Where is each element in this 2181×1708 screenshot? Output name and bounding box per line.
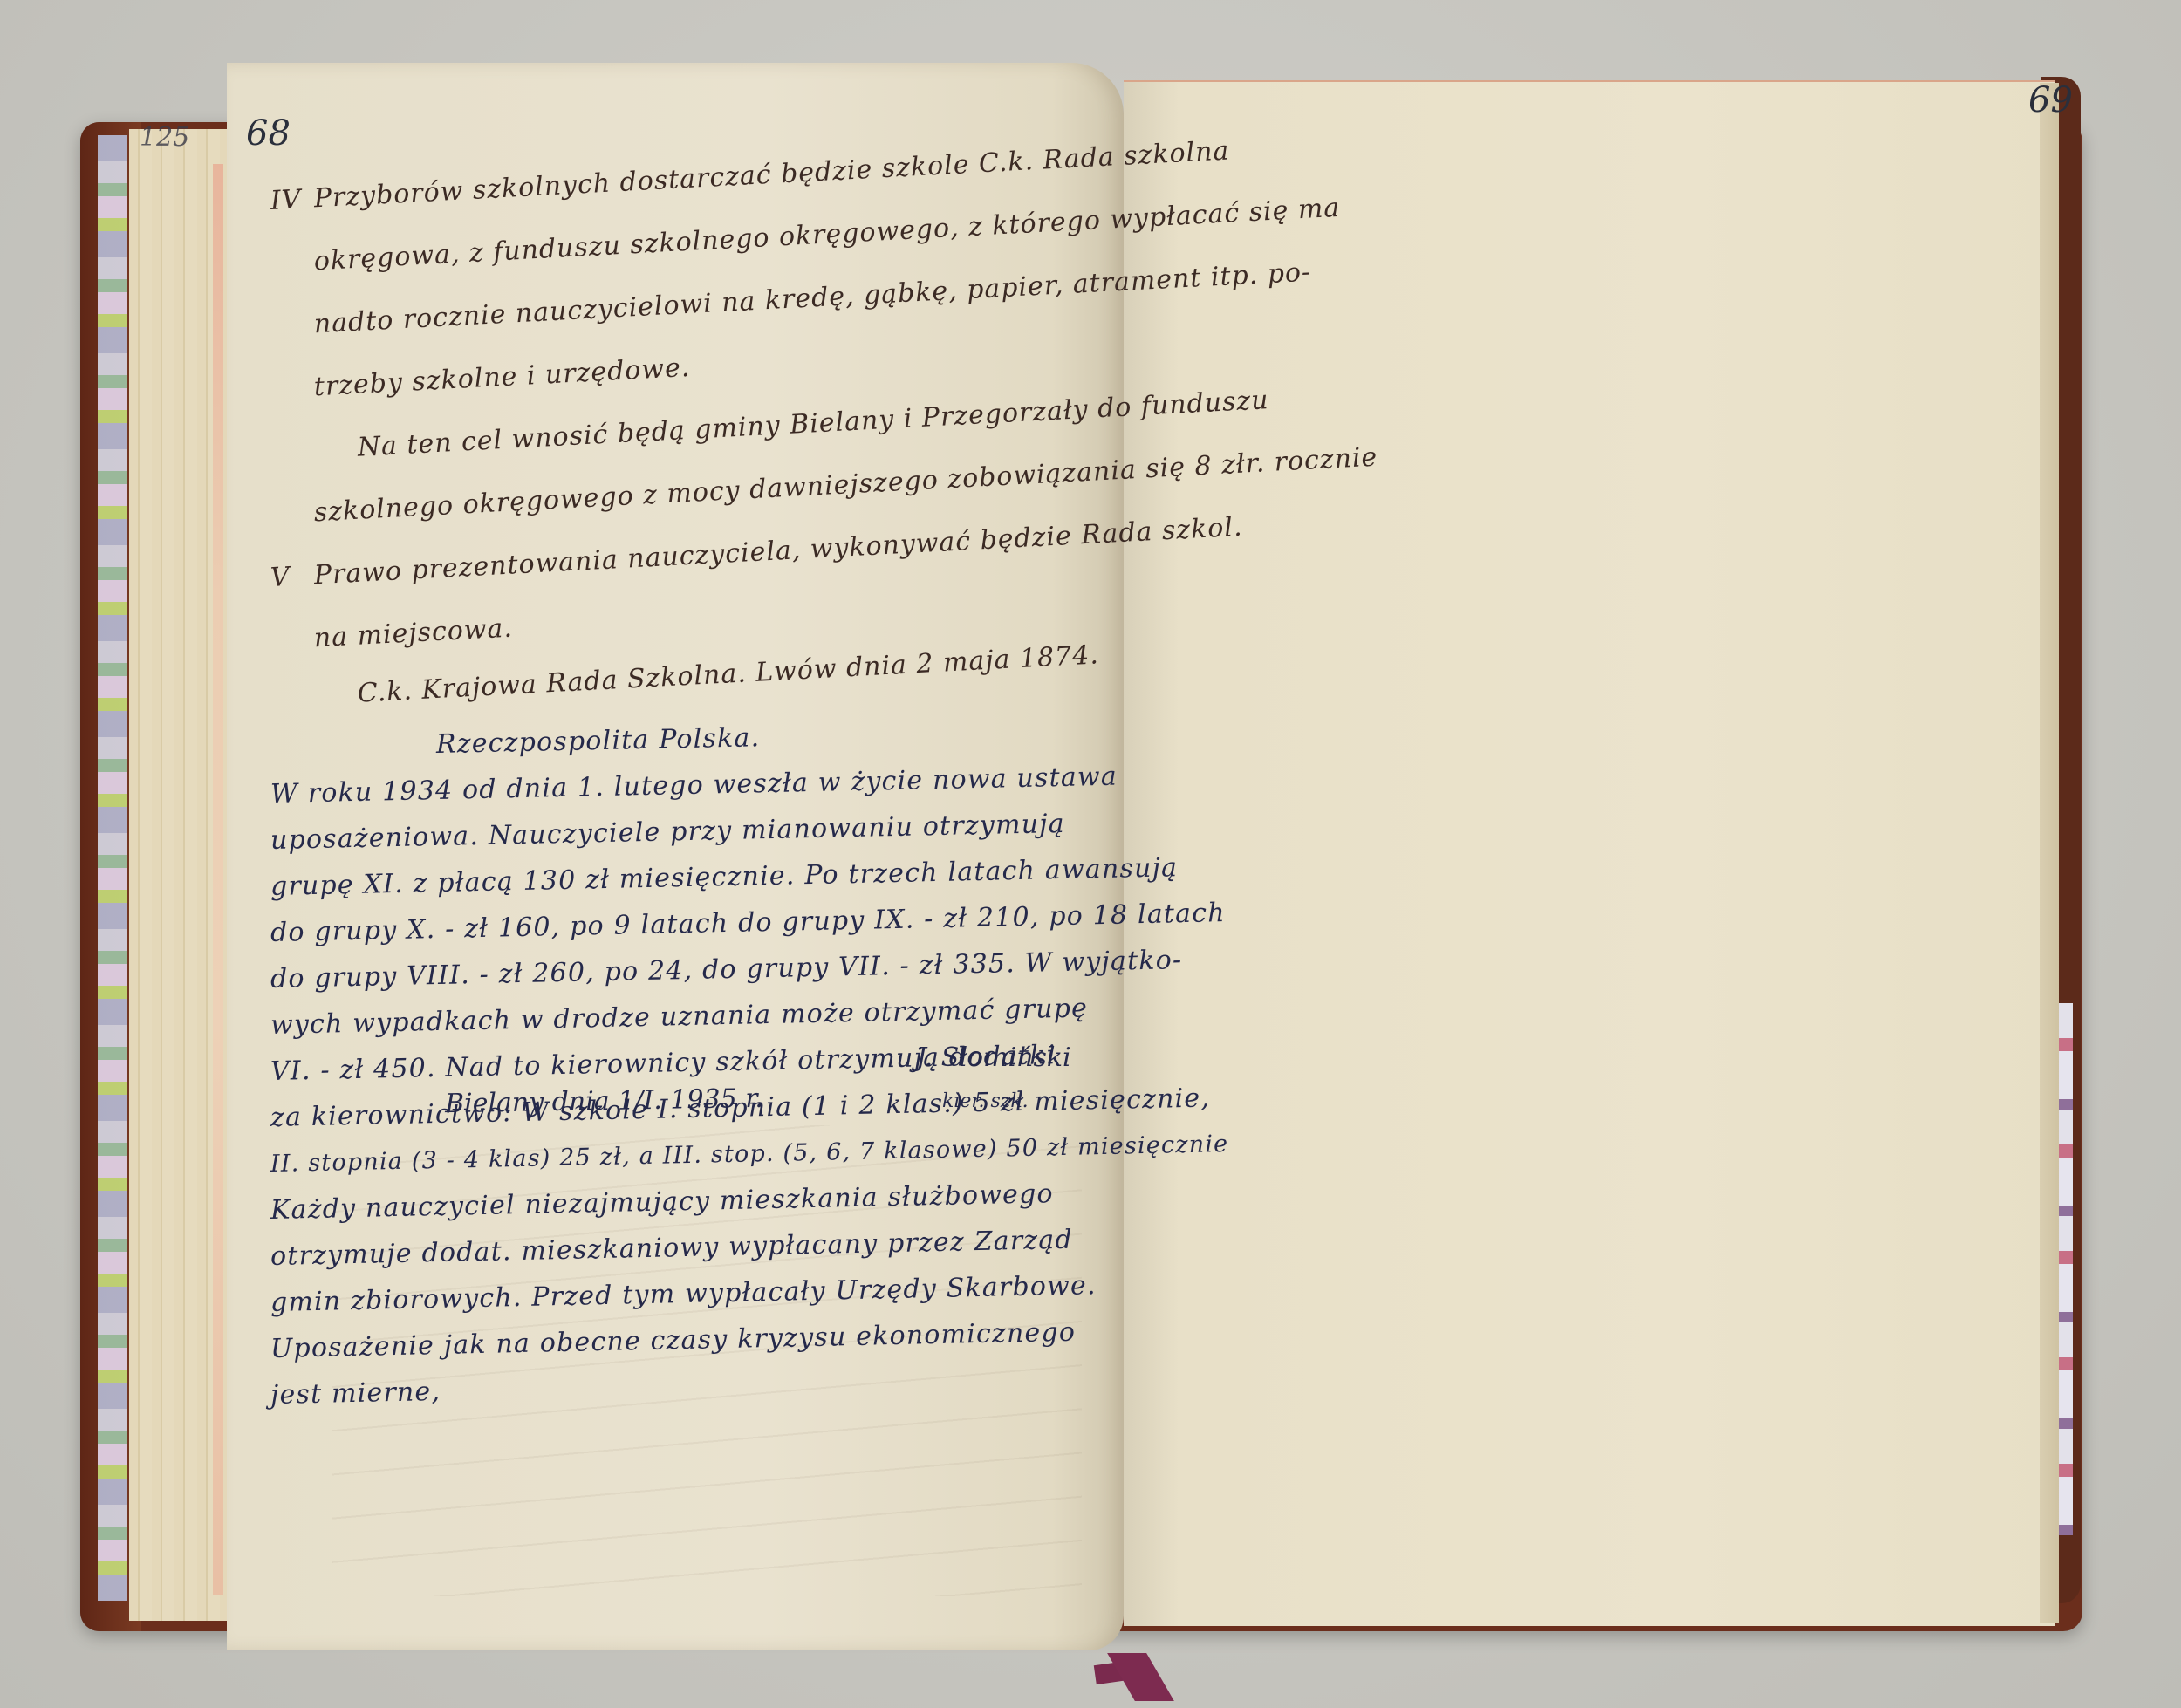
section-marker (270, 270, 314, 272)
page-stack-red-edge (213, 164, 223, 1595)
section-marker (270, 395, 314, 398)
section-marker (270, 458, 314, 461)
right-page[interactable] (1124, 80, 2055, 1626)
line-text: trzeby szkolne i urzędowe. (313, 352, 691, 403)
section-marker: V (269, 544, 316, 610)
line-text: na miejscowa. (313, 612, 514, 653)
marbled-endpaper-left (98, 135, 127, 1601)
left-page-number: 68 (246, 113, 291, 154)
indent (314, 702, 358, 705)
section-marker (270, 646, 314, 649)
signature: J. Słomiński (916, 1042, 1071, 1073)
section-marker (270, 704, 314, 707)
right-page-stack-edge (2040, 83, 2059, 1623)
section-marker: IV (269, 167, 316, 233)
indent (314, 456, 358, 459)
section-marker (270, 521, 314, 523)
handwritten-text-block: IVPrzyborów szkolnych dostarczać będzie … (270, 170, 1108, 1418)
marbled-endpaper-right (2057, 1003, 2073, 1535)
signature-title: kier. szk. (942, 1090, 1029, 1112)
entry-1874: IVPrzyborów szkolnych dostarczać będzie … (270, 170, 1108, 725)
right-page-number: 69 (2028, 80, 2073, 120)
stack-page-number: 125 (140, 122, 189, 153)
section-marker (270, 332, 314, 335)
place-date: Bielany dnia 1/I. 1935 r. (445, 1083, 763, 1119)
